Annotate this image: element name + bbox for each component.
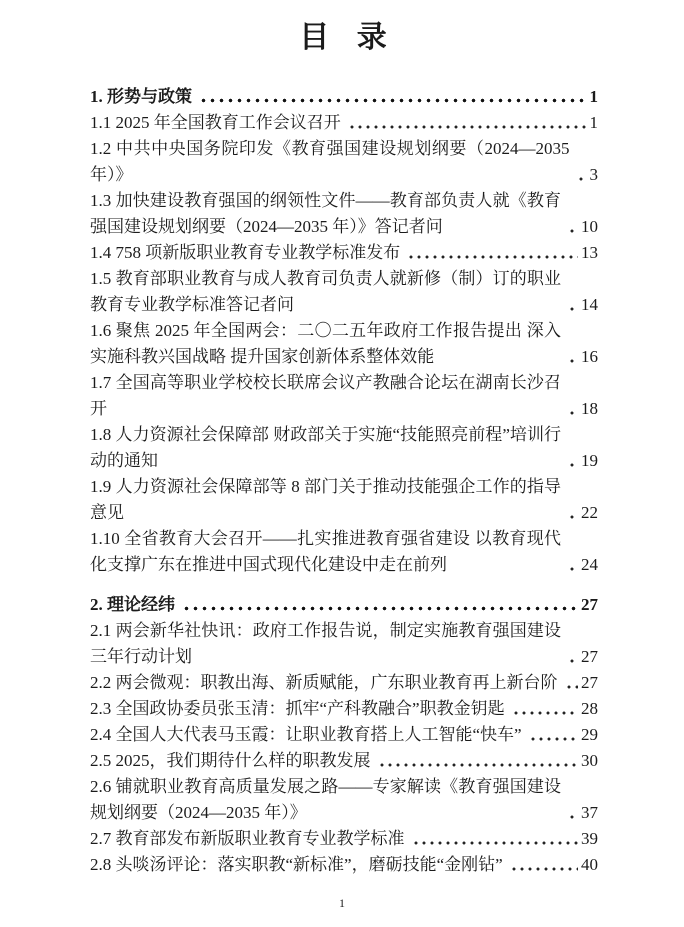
dot-leader [566, 422, 578, 474]
toc-entry-page-number: 22 [581, 500, 598, 526]
dot-leader [575, 136, 587, 188]
toc-entry: 1.5 教育部职业教育与成人教育司负责人就新修（制）订的职业教育专业教学标准答记… [90, 266, 598, 318]
toc-entry: 1.7 全国高等职业学校校长联席会议产教融合论坛在湖南长沙召开18 [90, 370, 598, 422]
toc-entry-text: 1.1 2025 年全国教育工作会议召开 [90, 110, 341, 136]
toc-entry: 2.6 铺就职业教育高质量发展之路——专家解读《教育强国建设规划纲要（2024—… [90, 774, 598, 826]
dot-leader [180, 592, 578, 618]
toc-entry-page-number: 3 [590, 162, 599, 188]
footer-page-number: 1 [0, 896, 684, 911]
dot-leader [566, 318, 578, 370]
toc-entry: 2.2 两会微观：职教出海、新质赋能，广东职业教育再上新台阶27 [90, 670, 598, 696]
dot-leader [510, 696, 578, 722]
toc-entry: 1.10 全省教育大会召开——扎实推进教育强省建设 以教育现代化支撑广东在推进中… [90, 526, 598, 578]
toc-entry: 2.5 2025，我们期待什么样的职教发展30 [90, 748, 598, 774]
toc-entry-text: 1.3 加快建设教育强国的纲领性文件——教育部负责人就《教育强国建设规划纲要（2… [90, 188, 561, 240]
toc-entry-page-number: 14 [581, 292, 598, 318]
toc-entry: 2.7 教育部发布新版职业教育专业教学标准39 [90, 826, 598, 852]
toc-entry: 1.3 加快建设教育强国的纲领性文件——教育部负责人就《教育强国建设规划纲要（2… [90, 188, 598, 240]
toc-entry-page-number: 40 [581, 852, 598, 878]
dot-leader [197, 84, 587, 110]
toc-section-heading: 2. 理论经纬27 [90, 592, 598, 618]
section-heading-text: 1. 形势与政策 [90, 84, 192, 110]
toc-entry-page-number: 37 [581, 800, 598, 826]
toc-entry-text: 1.2 中共中央国务院印发《教育强国建设规划纲要（2024—2035 年）》 [90, 136, 570, 188]
toc-entry-page-number: 24 [581, 552, 598, 578]
toc-entry-text: 2.1 两会新华社快讯：政府工作报告说，制定实施教育强国建设三年行动计划 [90, 618, 561, 670]
dot-leader [405, 240, 578, 266]
toc-entry: 1.6 聚焦 2025 年全国两会：二〇二五年政府工作报告提出 深入实施科教兴国… [90, 318, 598, 370]
toc-entry-text: 1.4 758 项新版职业教育专业教学标准发布 [90, 240, 400, 266]
toc-entry-text: 2.2 两会微观：职教出海、新质赋能，广东职业教育再上新台阶 [90, 670, 558, 696]
toc-entry-page-number: 19 [581, 448, 598, 474]
toc-entry-page-number: 28 [581, 696, 598, 722]
toc-entry-page-number: 30 [581, 748, 598, 774]
toc-section-heading: 1. 形势与政策1 [90, 84, 598, 110]
toc-entry-page-number: 27 [581, 644, 598, 670]
section-heading-text: 2. 理论经纬 [90, 592, 175, 618]
dot-leader [566, 526, 578, 578]
toc-entry: 2.4 全国人大代表马玉霞：让职业教育搭上人工智能“快车”29 [90, 722, 598, 748]
toc-entry-page-number: 10 [581, 214, 598, 240]
dot-leader [410, 826, 579, 852]
toc-entry: 1.8 人力资源社会保障部 财政部关于实施“技能照亮前程”培训行动的通知19 [90, 422, 598, 474]
toc-entry-text: 2.3 全国政协委员张玉清：抓牢“产科教融合”职教金钥匙 [90, 696, 505, 722]
toc-entry-page-number: 1 [590, 110, 599, 136]
toc-entry-text: 2.6 铺就职业教育高质量发展之路——专家解读《教育强国建设规划纲要（2024—… [90, 774, 561, 826]
toc-entry-text: 2.5 2025，我们期待什么样的职教发展 [90, 748, 371, 774]
dot-leader [376, 748, 579, 774]
section-page-number: 27 [581, 592, 598, 618]
toc-entry: 2.1 两会新华社快讯：政府工作报告说，制定实施教育强国建设三年行动计划27 [90, 618, 598, 670]
dot-leader [566, 266, 578, 318]
toc-entry-page-number: 39 [581, 826, 598, 852]
page-title: 目 录 [90, 18, 598, 58]
toc-entry: 1.2 中共中央国务院印发《教育强国建设规划纲要（2024—2035 年）》3 [90, 136, 598, 188]
toc-entry: 2.8 头啖汤评论：落实职教“新标准”，磨砺技能“金刚钻”40 [90, 852, 598, 878]
dot-leader [508, 852, 578, 878]
document-page: 目 录 1. 形势与政策11.1 2025 年全国教育工作会议召开11.2 中共… [90, 18, 598, 878]
toc-entry-text: 1.6 聚焦 2025 年全国两会：二〇二五年政府工作报告提出 深入实施科教兴国… [90, 318, 561, 370]
dot-leader [527, 722, 578, 748]
toc-entry-page-number: 13 [581, 240, 598, 266]
toc-entry-text: 1.8 人力资源社会保障部 财政部关于实施“技能照亮前程”培训行动的通知 [90, 422, 561, 474]
dot-leader [566, 188, 578, 240]
dot-leader [566, 774, 578, 826]
toc-entry-text: 2.8 头啖汤评论：落实职教“新标准”，磨砺技能“金刚钻” [90, 852, 503, 878]
toc-entry-page-number: 18 [581, 396, 598, 422]
toc-entry: 1.1 2025 年全国教育工作会议召开1 [90, 110, 598, 136]
toc-entry-page-number: 27 [581, 670, 598, 696]
dot-leader [346, 110, 587, 136]
dot-leader [566, 370, 578, 422]
toc-entry: 2.3 全国政协委员张玉清：抓牢“产科教融合”职教金钥匙28 [90, 696, 598, 722]
dot-leader [566, 474, 578, 526]
toc-entry-text: 2.4 全国人大代表马玉霞：让职业教育搭上人工智能“快车” [90, 722, 522, 748]
section-page-number: 1 [590, 84, 599, 110]
dot-leader [566, 618, 578, 670]
dot-leader [563, 670, 579, 696]
toc: 1. 形势与政策11.1 2025 年全国教育工作会议召开11.2 中共中央国务… [90, 84, 598, 878]
toc-entry-text: 1.9 人力资源社会保障部等 8 部门关于推动技能强企工作的指导意见 [90, 474, 561, 526]
toc-entry-text: 1.10 全省教育大会召开——扎实推进教育强省建设 以教育现代化支撑广东在推进中… [90, 526, 561, 578]
toc-entry-text: 1.7 全国高等职业学校校长联席会议产教融合论坛在湖南长沙召开 [90, 370, 561, 422]
toc-entry-page-number: 29 [581, 722, 598, 748]
toc-entry-text: 2.7 教育部发布新版职业教育专业教学标准 [90, 826, 405, 852]
toc-entry-page-number: 16 [581, 344, 598, 370]
toc-entry: 1.4 758 项新版职业教育专业教学标准发布13 [90, 240, 598, 266]
toc-entry: 1.9 人力资源社会保障部等 8 部门关于推动技能强企工作的指导意见22 [90, 474, 598, 526]
toc-entry-text: 1.5 教育部职业教育与成人教育司负责人就新修（制）订的职业教育专业教学标准答记… [90, 266, 561, 318]
